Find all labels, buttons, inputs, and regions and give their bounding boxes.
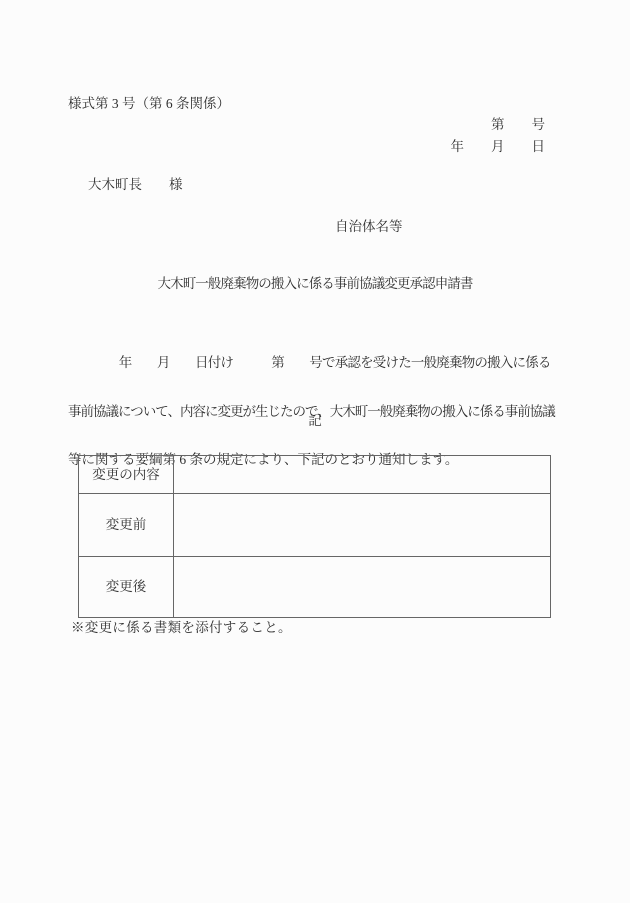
row-value-cell (174, 557, 551, 618)
table-row-before-change: 変更前 (79, 494, 551, 557)
row-header-cell: 変更の内容 (79, 456, 174, 494)
body-line-1: 年 月 日付け 第 号で承認を受けた一般廃棄物の搬入に係る (68, 352, 558, 374)
footnote: ※変更に係る書類を添付すること。 (71, 621, 292, 635)
row-header-cell: 変更後 (79, 557, 174, 618)
form-number: 様式第 3 号（第 6 条関係） (68, 97, 230, 111)
addressee-line: 大木町長 様 (88, 178, 183, 192)
change-table: 変更の内容 変更前 変更後 (78, 455, 551, 618)
applicant-name-label: 自治体名等 (335, 220, 403, 234)
document-number-line: 第 号 (491, 118, 545, 132)
table-row-after-change: 変更後 (79, 557, 551, 618)
table-row-change-content: 変更の内容 (79, 456, 551, 494)
document-title: 大木町一般廃棄物の搬入に係る事前協議変更承認申請書 (0, 277, 630, 291)
row-value-cell (174, 494, 551, 557)
date-line: 年 月 日 (451, 140, 546, 154)
section-marker-ki: 記 (0, 414, 630, 428)
document-page: 様式第 3 号（第 6 条関係） 第 号 年 月 日 大木町長 様 自治体名等 … (0, 0, 630, 903)
row-header-cell: 変更前 (79, 494, 174, 557)
row-value-cell (174, 456, 551, 494)
